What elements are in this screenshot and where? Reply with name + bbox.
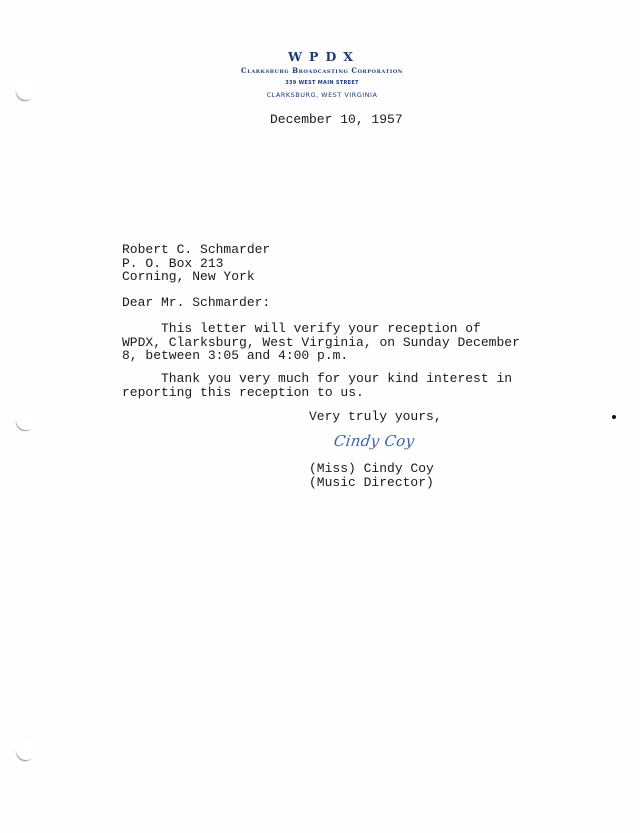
ink-dot: [612, 415, 616, 419]
closing: Very truly yours,: [309, 410, 442, 424]
recipient-name: Robert C. Schmarder: [122, 243, 270, 257]
recipient-address: Robert C. SchmarderP. O. Box 213Corning,…: [122, 243, 270, 284]
letter-page: WPDX Clarksburg Broadcasting Corporation…: [0, 0, 640, 833]
signer-title: (Music Director): [309, 476, 434, 490]
corporation-name: Clarksburg Broadcasting Corporation: [0, 65, 640, 77]
recipient-address-line-1: P. O. Box 213: [122, 257, 270, 271]
city-state: CLARKSBURG, WEST VIRGINIA: [0, 90, 640, 100]
body-paragraph-1: This letter will verify your reception o…: [122, 322, 520, 363]
signer-block: (Miss) Cindy Coy(Music Director): [309, 462, 434, 489]
letterhead: WPDX Clarksburg Broadcasting Corporation…: [0, 50, 640, 100]
salutation: Dear Mr. Schmarder:: [122, 296, 270, 310]
body-paragraph-2: Thank you very much for your kind intere…: [122, 372, 512, 399]
station-call-sign: WPDX: [0, 50, 640, 64]
hole-punch-bottom: [16, 740, 36, 760]
letter-date: December 10, 1957: [270, 113, 403, 127]
hole-punch-middle: [16, 410, 36, 430]
handwritten-signature: Cindy Coy: [333, 432, 416, 450]
recipient-address-line-2: Corning, New York: [122, 270, 270, 284]
signer-name: (Miss) Cindy Coy: [309, 462, 434, 476]
street-address: 339 WEST MAIN STREET: [0, 78, 640, 88]
